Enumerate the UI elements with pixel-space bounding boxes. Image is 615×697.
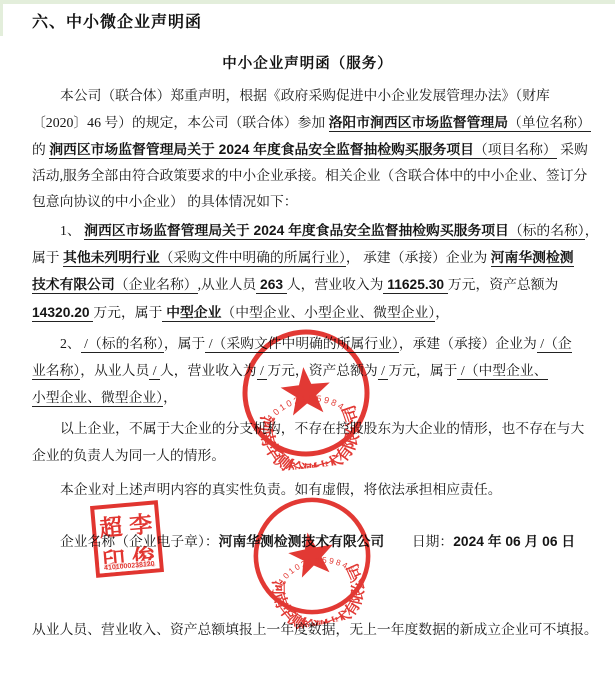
doc-text-segment: ，	[163, 390, 177, 405]
doc-line: 本企业对上述声明内容的真实性负责。如有虚假，将依法承担相应责任。	[32, 480, 502, 499]
doc-text-segment: （采购文件中明确的所属行业）	[160, 250, 346, 267]
doc-text-segment: 2、	[60, 336, 81, 351]
doc-line: 1、 涧西区市场监督管理局关于 2024 年度食品安全监督抽检购买服务项目（标的…	[32, 221, 599, 240]
doc-text-segment: ，从业人员	[80, 363, 149, 378]
doc-text-segment: ，属于	[164, 336, 205, 351]
doc-text-segment: ，	[585, 223, 599, 238]
doc-text-segment: /	[257, 363, 268, 380]
doc-line: 活动,服务全部由符合政策要求的中小企业承接。相关企业（含联合体中的中小企业、签订…	[32, 166, 587, 185]
doc-line: 从业人员、营业收入、资产总额填报上一年度数据，无上一年度数据的新成立企业可不填报…	[32, 620, 598, 639]
doc-line: 小型企业、微型企业），	[32, 388, 177, 407]
doc-text-segment: 属于	[32, 250, 63, 265]
doc-line: 企业的负责人为同一人的情形。	[32, 446, 225, 465]
doc-line: 14320.20 万元，属于 中型企业（中型企业、小型企业、微型企业），	[32, 303, 449, 322]
svg-text:河南华测检测技术有限公司: 河南华测检测技术有限公司	[254, 402, 368, 475]
document-page: 六、中小微企业声明函 中小企业声明函（服务） 本公司（联合体）郑重声明，根据《政…	[0, 0, 615, 697]
doc-text-segment: 的	[32, 142, 49, 157]
doc-text-segment: （中型企业、小型企业、微型企业）	[221, 305, 435, 322]
doc-text-segment: /（标的名称）	[81, 336, 164, 353]
doc-text-segment: 263	[256, 277, 287, 294]
page-title: 中小企业声明函（服务）	[0, 52, 615, 73]
doc-text-segment: 洛阳市涧西区市场监督管理局	[329, 115, 508, 132]
doc-text-segment: 从业人员、营业收入、资产总额填报上一年度数据，无上一年度数据的新成立企业可不填报…	[32, 622, 598, 637]
doc-line: 业名称），从业人员 / 人，营业收入为 / 万元，资产总额为 / 万元，属于 /…	[32, 361, 548, 380]
doc-line: 属于 其他未列明行业（采购文件中明确的所属行业）， 承建（承接）企业为 河南华测…	[32, 248, 574, 267]
doc-text-segment: （单位名称）	[508, 115, 591, 132]
doc-text-segment: 万元，属于	[388, 363, 457, 378]
doc-text-segment: 涧西区市场监督管理局关于 2024 年度食品安全监督抽检购买服务项目	[49, 142, 474, 159]
doc-text-segment: ,从业人员	[198, 277, 257, 292]
doc-text-segment: 万元，资产总额为	[448, 277, 558, 292]
doc-text-segment: /	[378, 363, 389, 380]
doc-text-segment: 人，营业收入为	[160, 363, 257, 378]
doc-text-segment: 万元，属于	[93, 305, 162, 320]
doc-line: 2、 /（标的名称），属于 /（采购文件中明确的所属行业），承建（承接）企业为 …	[32, 334, 572, 353]
doc-text-segment: /（采购文件中明确的所属行业）	[205, 336, 399, 353]
doc-text-segment: 涧西区市场监督管理局关于 2024 年度食品安全监督抽检购买服务项目	[84, 223, 509, 240]
doc-text-segment: 2024 年 06 月 06 日	[453, 534, 575, 549]
doc-text-segment: （标的名称）	[509, 223, 585, 240]
doc-text-segment: 本公司（联合体）郑重声明，根据《政府采购促进中小企业发展管理办法》（财库	[60, 88, 550, 103]
doc-text-segment: ， 承建（承接）企业为	[346, 250, 491, 265]
doc-text-segment: 采购	[557, 142, 588, 157]
doc-text-segment: 1、	[60, 223, 84, 238]
round-seal-icon: 河南华测检测技术有限公司 4101021859846	[231, 475, 393, 637]
doc-line: 技术有限公司（企业名称）,从业人员 263 人，营业收入为 11625.30 万…	[32, 275, 558, 294]
doc-text-segment: 〔2020〕46 号）的规定，本公司（联合体）参加	[32, 115, 329, 130]
personal-seal-characters: 超 李 印 俊	[94, 506, 158, 559]
doc-text-segment: 其他未列明行业	[63, 250, 160, 267]
doc-text-segment: 日期：	[384, 534, 453, 549]
svg-text:4101021859846: 4101021859846	[269, 549, 358, 593]
doc-text-segment: /（中型企业、	[457, 363, 547, 380]
doc-line: 以上企业，不属于大企业的分支机构，不存在控股股东为大企业的情形，也不存在与大	[32, 419, 584, 438]
seal-char: 超	[94, 508, 127, 543]
doc-text-segment: 以上企业，不属于大企业的分支机构，不存在控股股东为大企业的情形，也不存在与大	[60, 421, 584, 436]
doc-text-segment: ，	[435, 305, 449, 320]
doc-text-segment: 小型企业、微型企业）	[32, 390, 163, 407]
doc-text-segment: 企业的负责人为同一人的情形。	[32, 448, 225, 463]
doc-text-segment: 活动,服务全部由符合政策要求的中小企业承接。相关企业（含联合体中的中小企业、签订…	[32, 168, 587, 183]
doc-text-segment: 技术有限公司	[32, 277, 115, 294]
doc-text-segment: 人，营业收入为	[287, 277, 384, 292]
section-heading: 六、中小微企业声明函	[32, 9, 202, 32]
doc-text-segment: /（企	[537, 336, 572, 353]
personal-seal-stamp: 超 李 印 俊 4101000238120	[90, 500, 164, 578]
doc-line: 包意向协议的中小企业） 的具体情况如下：	[32, 192, 298, 211]
left-edge-strip	[0, 0, 3, 36]
doc-text-segment: 河南华测检测	[491, 250, 574, 267]
doc-text-segment: 万元，资产总额为	[267, 363, 377, 378]
doc-text-segment: 11625.30	[383, 277, 447, 294]
doc-line: 〔2020〕46 号）的规定，本公司（联合体）参加 洛阳市涧西区市场监督管理局（…	[32, 113, 591, 132]
doc-text-segment: （项目名称）	[474, 142, 557, 159]
doc-text-segment: 河南华测检测技术有限公司	[219, 534, 385, 549]
doc-text-segment: ，承建（承接）企业为	[399, 336, 537, 351]
doc-text-segment: 包意向协议的中小企业） 的具体情况如下：	[32, 194, 298, 209]
seal-char: 李	[124, 506, 157, 541]
doc-text-segment: （企业名称）	[115, 277, 198, 294]
doc-text-segment: 业名称）	[32, 363, 80, 380]
doc-text-segment: 本企业对上述声明内容的真实性负责。如有虚假，将依法承担相应责任。	[60, 482, 502, 497]
doc-line: 的 涧西区市场监督管理局关于 2024 年度食品安全监督抽检购买服务项目（项目名…	[32, 140, 588, 159]
top-edge-strip	[0, 0, 615, 4]
doc-text-segment: /	[149, 363, 160, 380]
company-seal-stamp-2: 河南华测检测技术有限公司 4101021859846	[231, 475, 393, 637]
doc-line: 本公司（联合体）郑重声明，根据《政府采购促进中小企业发展管理办法》（财库	[32, 86, 550, 105]
doc-text-segment: 14320.20	[32, 305, 93, 322]
doc-text-segment: 中型企业	[162, 305, 221, 322]
